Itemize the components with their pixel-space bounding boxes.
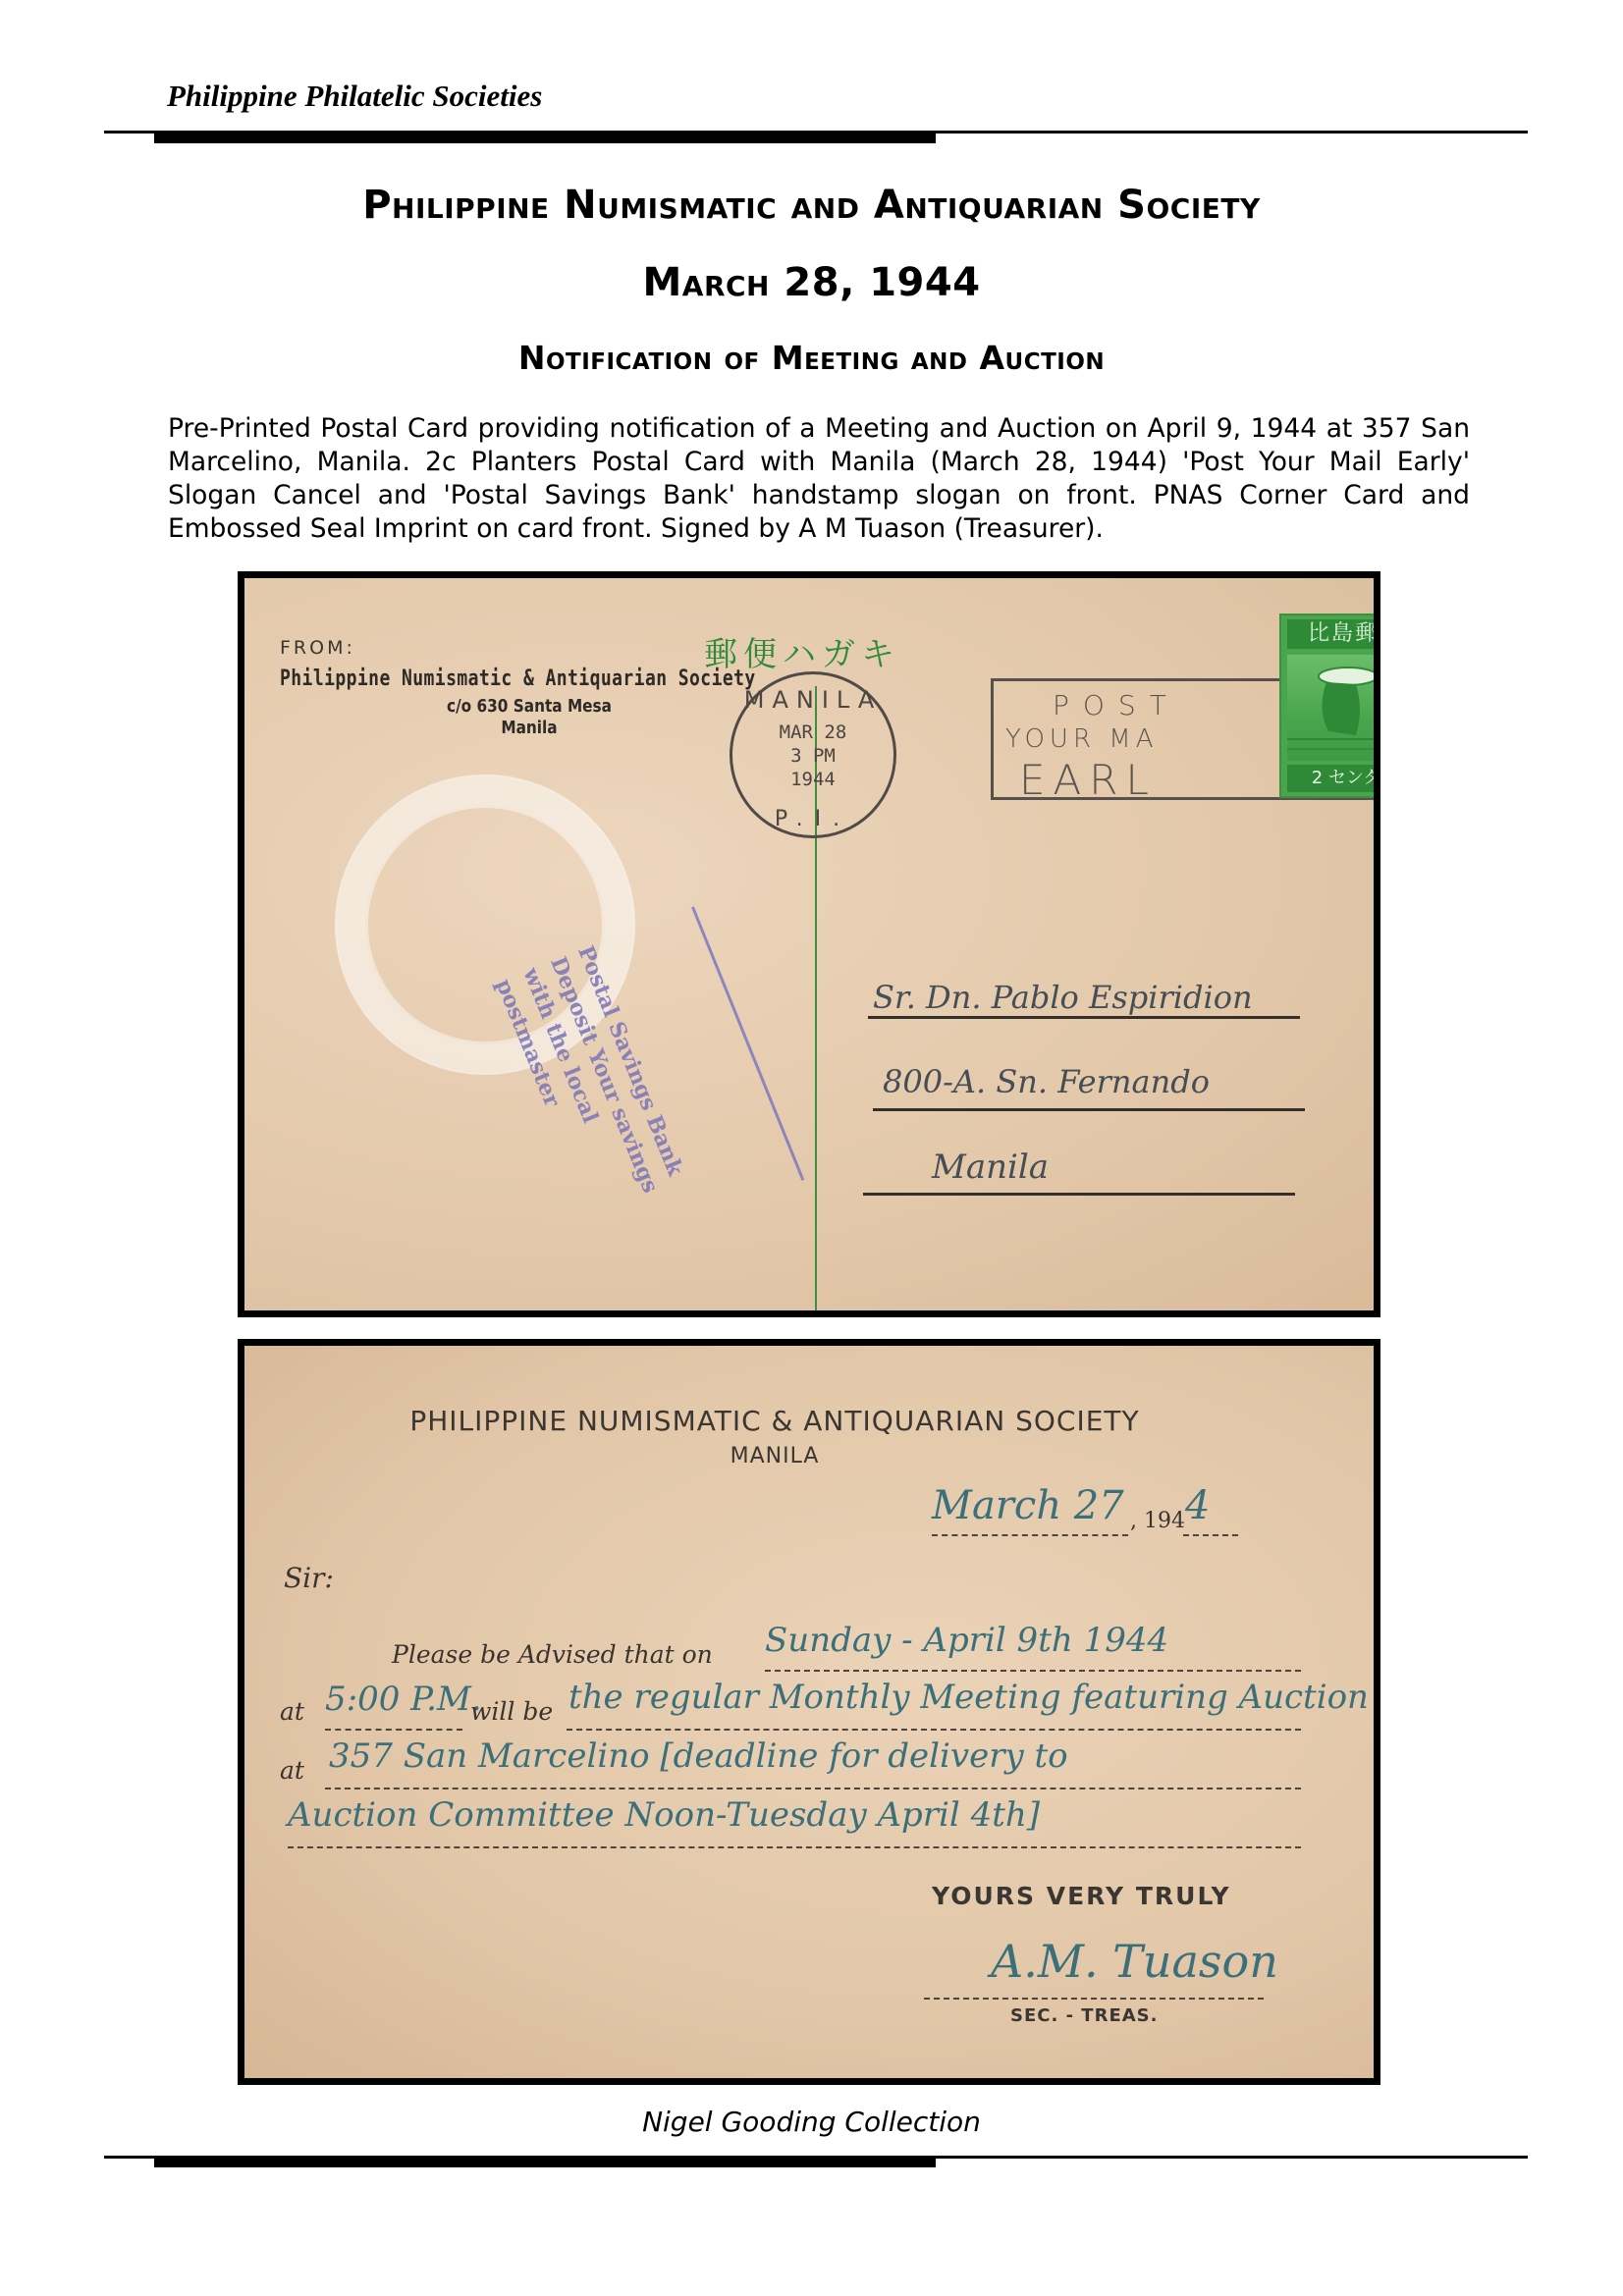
running-head: Philippine Philatelic Societies [167, 79, 542, 114]
signature-line [924, 1998, 1264, 2000]
stamp-vignette [1287, 655, 1380, 761]
slogan-line-1: POST [1053, 689, 1180, 721]
letterhead-city: MANILA [244, 1444, 1374, 1468]
postal-card-back: PHILIPPINE NUMISMATIC & ANTIQUARIAN SOCI… [238, 1339, 1380, 2085]
from-label: FROM: [280, 637, 355, 659]
corner-card-address-line: c/o 630 Santa Mesa [405, 696, 655, 718]
signature: A.M. Tuason [991, 1935, 1278, 1988]
at-label-2: at [280, 1756, 304, 1785]
date-handwritten: March 27 [932, 1483, 1124, 1528]
advised-label: Please be Advised that on [392, 1640, 713, 1669]
manila-postmark-icon: MANILA MAR 28 3 PM 1944 P.I. [730, 671, 896, 838]
advised-line [765, 1670, 1301, 1672]
postmark-date: MAR 28 [732, 721, 893, 743]
letterhead-org: PHILIPPINE NUMISMATIC & ANTIQUARIAN SOCI… [244, 1405, 1374, 1437]
cancel-bar [1374, 716, 1380, 718]
planters-stamp-icon: 比島郵便 2 センタボ [1279, 614, 1380, 798]
corner-card-address-city: Manila [405, 718, 655, 739]
postal-savings-handstamp: Postal Savings Bank Deposit Your savings… [489, 941, 693, 1219]
planter-figure-icon [1287, 655, 1380, 761]
stamp-header: 比島郵便 [1287, 619, 1380, 649]
slogan-line-3: EARL [1019, 756, 1157, 804]
meeting-date-handwritten: Sunday - April 9th 1944 [765, 1621, 1168, 1660]
deadline-handwritten: Auction Committee Noon-Tuesday April 4th… [288, 1795, 1040, 1835]
handstamp-rule [691, 906, 804, 1180]
cancel-bar [1374, 688, 1380, 690]
address-line-2 [873, 1108, 1305, 1111]
page-date: March 28, 1944 [0, 260, 1623, 305]
corner-card-org: Philippine Numismatic & Antiquarian Soci… [280, 667, 756, 691]
postmark-year: 1944 [732, 769, 893, 790]
address-line-1 [868, 1016, 1300, 1019]
year-prefix: , 194 [1130, 1509, 1185, 1533]
page-title: Philippine Numismatic and Antiquarian So… [0, 183, 1623, 228]
slogan-line-2: YOUR MA [1005, 724, 1159, 754]
postmark-foot: P.I. [732, 807, 893, 831]
footer-bar [154, 2158, 936, 2167]
salutation: Sir: [284, 1562, 334, 1594]
description: Pre-Printed Postal Card providing notifi… [168, 412, 1470, 546]
event-line [567, 1729, 1301, 1731]
corner-card-address: c/o 630 Santa Mesa Manila [405, 696, 655, 739]
page-subtitle: Notification of Meeting and Auction [0, 339, 1623, 377]
recipient-street: 800-A. Sn. Fernando [883, 1063, 1210, 1100]
will-be-label: will be [470, 1697, 553, 1726]
closing: YOURS VERY TRULY [932, 1882, 1231, 1910]
year-handwritten: 4 [1185, 1483, 1210, 1528]
stamp-value: 2 センタボ [1287, 765, 1380, 792]
venue-line [325, 1788, 1301, 1789]
venue-handwritten: 357 San Marcelino [deadline for delivery… [329, 1736, 1068, 1776]
postmark-city: MANILA [732, 686, 893, 714]
time-line [325, 1729, 462, 1731]
japanese-postcard-header: 郵便ハガキ [704, 627, 900, 675]
year-line [1183, 1534, 1238, 1536]
postal-card-front: FROM: Philippine Numismatic & Antiquaria… [238, 571, 1380, 1317]
date-line [932, 1534, 1128, 1536]
header-bar [154, 133, 936, 143]
recipient-city: Manila [932, 1148, 1049, 1187]
collection-caption: Nigel Gooding Collection [0, 2106, 1623, 2138]
signature-title: SEC. - TREAS. [1010, 2005, 1158, 2026]
cancel-bar [1374, 743, 1380, 745]
deadline-line [288, 1846, 1301, 1848]
address-line-3 [863, 1193, 1295, 1196]
recipient-name: Sr. Dn. Pablo Espiridion [873, 979, 1253, 1016]
meeting-time-handwritten: 5:00 P.M. [325, 1680, 482, 1719]
event-handwritten: the regular Monthly Meeting featuring Au… [568, 1678, 1369, 1717]
cancel-bar [1374, 771, 1380, 773]
postmark-time: 3 PM [732, 745, 893, 767]
at-label-1: at [280, 1697, 304, 1726]
